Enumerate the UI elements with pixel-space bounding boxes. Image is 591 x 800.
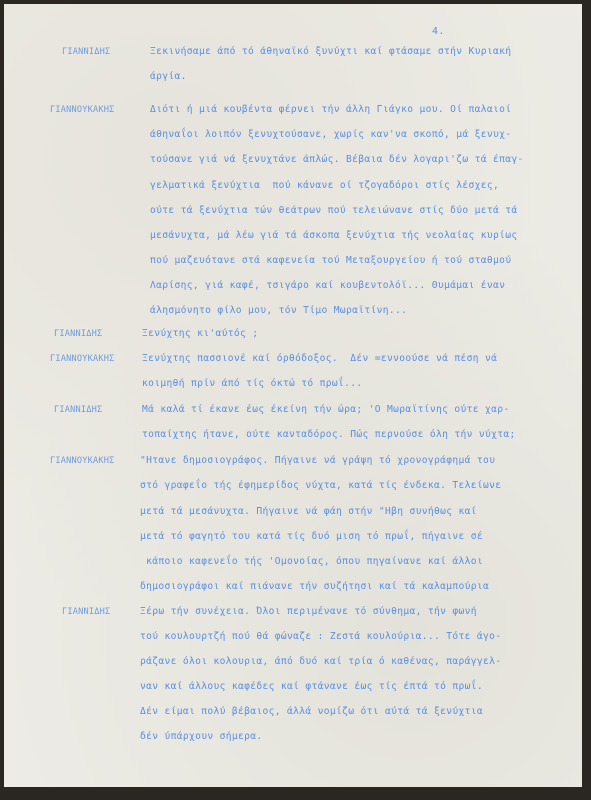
speaker-label: ΓΙΑΝΝΙΔΗΣ bbox=[62, 607, 110, 617]
typewritten-page: 4. ΓΙΑΝΝΙΔΗΣ Ξεκινήσαμε άπό τό άθηναϊκό … bbox=[4, 4, 582, 787]
dialogue-line: Ξεκινήσαμε άπό τό άθηναϊκό ξυνύχτι καί φ… bbox=[150, 46, 511, 57]
speaker-label: ΓΙΑΝΝΙΔΗΣ bbox=[54, 329, 102, 339]
dialogue-line: άθηναΐοι λοιπόν ξενυχτούσανε, χωρίς καν'… bbox=[150, 129, 511, 140]
dialogue-line: δέν ύπάρχουν σήμερα. bbox=[140, 731, 263, 742]
dialogue-line: Ξέρω τήν συνέχεια. Όλοι περιμένανε τό σύ… bbox=[140, 606, 477, 617]
dialogue-line: Ξενύχτης πασσιονέ καί όρθόδοξος. Δέν =εν… bbox=[142, 353, 497, 364]
dialogue-line: τούσανε γιά νά ξενυχτάνε άπλώς. Βέβαια δ… bbox=[150, 154, 524, 165]
dialogue-line: ναν καί άλλους καφέδες καί φτάνανε έως τ… bbox=[140, 681, 483, 692]
dialogue-line: πού μαζευότανε στά καφενεία τού Μεταξουρ… bbox=[150, 255, 511, 266]
speaker-label: ΓΙΑΝΝΙΔΗΣ bbox=[62, 47, 110, 57]
speaker-label: ΓΙΑΝΝΙΔΗΣ bbox=[54, 405, 102, 415]
dialogue-line: Ξενύχτης κι'αύτός ; bbox=[142, 328, 258, 339]
speaker-label: ΓΙΑΝΝΟΥΚΑΚΗΣ bbox=[50, 105, 115, 115]
dialogue-line: Μά καλά τί έκανε έως έκείνη τήν ώρα; 'Ο … bbox=[142, 404, 510, 415]
dialogue-line: μετά τά μεσάνυχτα. Πήγαινε νά φάη στήν "… bbox=[140, 506, 477, 517]
dialogue-line: στό γραφεΐο τής έφημερίδος νύχτα, κατά τ… bbox=[140, 480, 501, 491]
speaker-label: ΓΙΑΝΝΟΥΚΑΚΗΣ bbox=[50, 456, 115, 466]
dialogue-line: άργία. bbox=[150, 71, 187, 82]
dialogue-line: γελματικά ξενύχτια πού κάνανε οί τζογαδό… bbox=[150, 180, 499, 191]
dialogue-line: ράζανε όλοι κολουρια, άπό δυό καί τρία ό… bbox=[140, 656, 501, 667]
dialogue-line: τοπαίχτης ήτανε, ούτε κανταδόρος. Πώς πε… bbox=[142, 429, 516, 440]
dialogue-line: Διότι ή μιά κουβέντα φέρνει τήν άλλη Γιά… bbox=[150, 104, 511, 115]
dialogue-line: Λαρίσης, γιά καφέ, τσιγάρο καί κουβεντολ… bbox=[150, 280, 505, 291]
dialogue-line: κάποιο καφενεΐο τής 'Ομονοίας, όπου πηγα… bbox=[140, 556, 483, 567]
dialogue-line: δημοσιογράφοι καί πιάνανε τήν συζήτησι κ… bbox=[140, 581, 489, 592]
dialogue-line: ούτε τά ξενύχτια τών θεάτρων πού τελειών… bbox=[150, 205, 518, 216]
dialogue-line: μεσάνυχτα, μά λέω γιά τά άσκοπα ξενύχτια… bbox=[150, 230, 518, 241]
dialogue-line: Δέν είμαι πολύ βέβαιος, άλλά νομίζω ότι … bbox=[140, 706, 483, 717]
dialogue-line: τού κουλουρτζή πού θά φώναζε : Ζεστά κου… bbox=[140, 631, 501, 642]
speaker-label: ΓΙΑΝΝΟΥΚΑΚΗΣ bbox=[50, 354, 115, 364]
dialogue-line: "Ητανε δημοσιογράφος. Πήγαινε νά γράψη τ… bbox=[140, 455, 495, 466]
dialogue-line: κοιμηθή πρίν άπό τίς όκτώ τό πρωΐ... bbox=[142, 378, 363, 389]
page-number: 4. bbox=[432, 26, 445, 37]
dialogue-line: άλησμόνητο φίλο μου, τόν Τίμο Μωραϊτίνη.… bbox=[150, 305, 407, 316]
dialogue-line: μετά τό φαγητό του κατά τίς δυό μιση τό … bbox=[140, 531, 483, 542]
